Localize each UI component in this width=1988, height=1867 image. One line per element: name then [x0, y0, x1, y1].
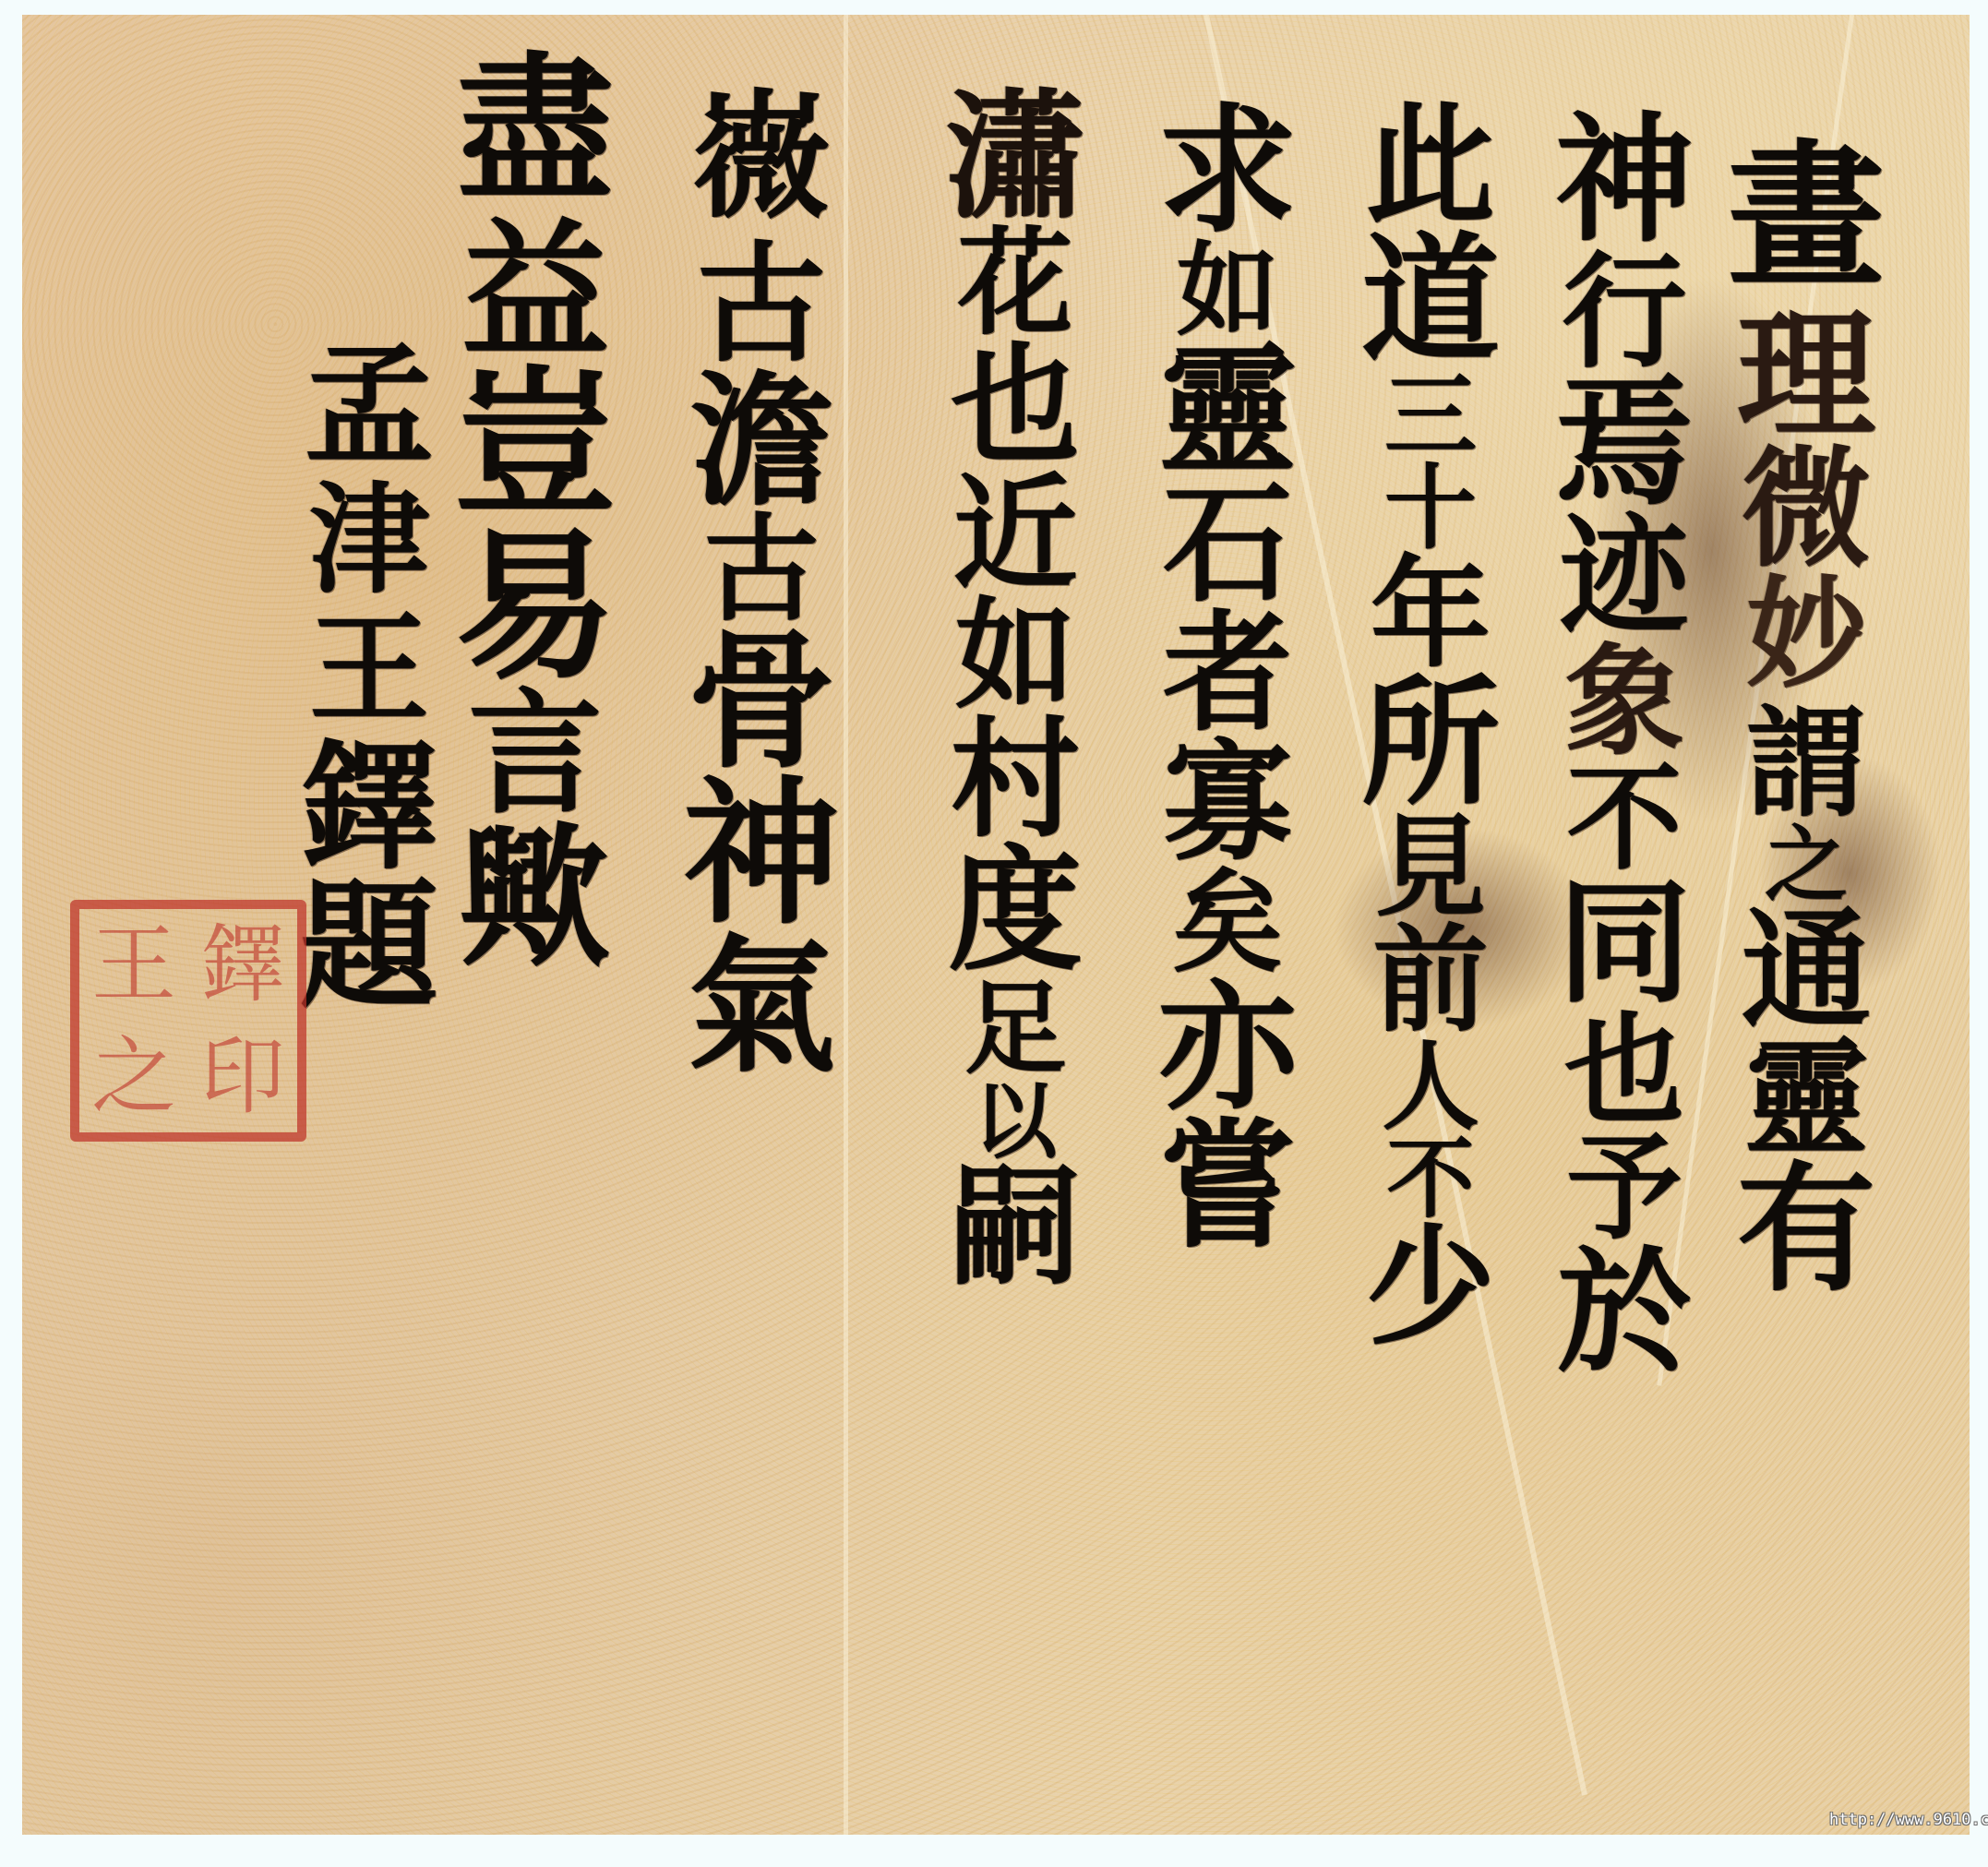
red-seal: 王 鐸 之 印: [70, 900, 306, 1142]
calligraphy-char: 謂: [1746, 703, 1866, 823]
calligraphy-char: 行: [1563, 249, 1687, 374]
calligraphy-char: 此: [1366, 102, 1495, 231]
calligraphy-char: 也: [951, 341, 1080, 471]
calligraphy-char: 微: [1742, 445, 1871, 574]
signature-char: 孟: [305, 341, 434, 471]
calligraphy-char: 盡: [457, 51, 614, 208]
calligraphy-char: 嘗: [1158, 1117, 1297, 1255]
calligraphy-char: 石: [1163, 480, 1292, 609]
calligraphy-char: 於: [1558, 1246, 1692, 1380]
signature-char: 題: [300, 877, 438, 1015]
calligraphy-char: 同: [1558, 877, 1692, 1011]
calligraphy-char: 神: [1555, 111, 1694, 249]
calligraphy-char: 如: [955, 595, 1075, 715]
calligraphy-char: 前: [1373, 923, 1489, 1038]
calligraphy-char: 度: [949, 844, 1083, 978]
calligraphy-char: 古: [697, 240, 826, 369]
calligraphy-char: 益: [461, 217, 609, 365]
calligraphy-char: 靈: [1744, 1035, 1869, 1160]
calligraphy-char: 矣: [1172, 868, 1283, 978]
calligraphy-char: 年: [1371, 554, 1491, 674]
calligraphy-char: 通: [1742, 906, 1871, 1035]
signature-char: 鐸: [300, 738, 438, 877]
calligraphy-char: 道: [1361, 231, 1500, 369]
calligraphy-char: 予: [1567, 1131, 1683, 1246]
calligraphy-char: 歟: [460, 821, 612, 974]
calligraphy-char: 有: [1737, 1160, 1875, 1299]
text-column-6: 嶶 古 澹 古 骨 神 氣: [665, 88, 858, 1080]
calligraphy-char: 畫: [1728, 138, 1885, 295]
seal-glyph: 印: [188, 1021, 297, 1132]
calligraphy-char: 也: [1564, 1011, 1684, 1131]
calligraphy-char: 人: [1382, 1038, 1479, 1135]
calligraphy-char: 骨: [688, 628, 835, 775]
calligraphy-char: 見: [1375, 812, 1486, 923]
calligraphy-char: 近: [953, 471, 1078, 595]
calligraphy-char: 理: [1737, 306, 1875, 445]
calligraphy-char: 不: [1386, 1135, 1474, 1223]
calligraphy-char: 三: [1384, 369, 1477, 461]
calligraphy-char: 如: [1177, 240, 1278, 341]
calligraphy-char: 古: [704, 512, 820, 628]
calligraphy-char: 氣: [688, 932, 835, 1080]
text-column-5: 瀟 花 也 近 如 村 度 足 以 嗣: [923, 88, 1108, 1292]
calligraphy-char: 不: [1567, 761, 1683, 877]
calligraphy-char: 者: [1163, 609, 1292, 738]
text-column-7: 盡 益 豈 易 言 歟: [434, 51, 637, 974]
calligraphy-char: 澹: [690, 369, 833, 512]
calligraphy-char: 少: [1366, 1223, 1495, 1352]
calligraphy-char: 花: [958, 226, 1073, 341]
text-column-2: 神 行 焉 迹 象 不 同 也 予 於: [1537, 111, 1712, 1380]
seal-glyph: 王: [79, 909, 188, 1021]
watermark-url: http://www.9610.com: [1829, 1811, 1988, 1829]
calligraphy-char: 亦: [1158, 978, 1297, 1117]
calligraphy-char: 之: [1765, 823, 1848, 906]
signature-char: 王: [309, 609, 429, 729]
seal-glyph: 之: [79, 1021, 188, 1132]
calligraphy-char: 寡: [1163, 738, 1292, 868]
calligraphy-char: 豈: [455, 365, 617, 526]
calligraphy-char: 象: [1564, 641, 1684, 761]
calligraphy-char: 足: [964, 978, 1066, 1080]
calligraphy-char: 靈: [1158, 341, 1297, 480]
text-column-4: 求 如 靈 石 者 寡 矣 亦 嘗: [1126, 102, 1329, 1255]
calligraphy-char: 嶶: [692, 88, 831, 226]
calligraphy-char: 焉: [1555, 374, 1694, 512]
calligraphy-char: 瀟: [946, 88, 1084, 226]
calligraphy-char: 以: [974, 1080, 1057, 1163]
signature-char: 津: [309, 480, 429, 600]
text-column-1: 畫 理 微 妙 謂 之 通 靈 有: [1719, 138, 1894, 1299]
calligraphy-char: 神: [683, 775, 840, 932]
calligraphy-char: 妙: [1746, 574, 1866, 694]
calligraphy-char: 迹: [1560, 512, 1689, 641]
seal-glyph: 鐸: [188, 909, 297, 1021]
calligraphy-char: 所: [1361, 674, 1500, 812]
calligraphy-char: 言: [469, 688, 603, 821]
calligraphy-char: 村: [951, 715, 1080, 844]
calligraphy-char: 求: [1158, 102, 1297, 240]
text-column-3: 此 道 三 十 年 所 見 前 人 不 少: [1338, 102, 1523, 1352]
calligraphy-char: 嗣: [951, 1163, 1080, 1292]
calligraphy-char: 十: [1384, 461, 1477, 554]
calligraphy-char: 易: [455, 526, 617, 688]
